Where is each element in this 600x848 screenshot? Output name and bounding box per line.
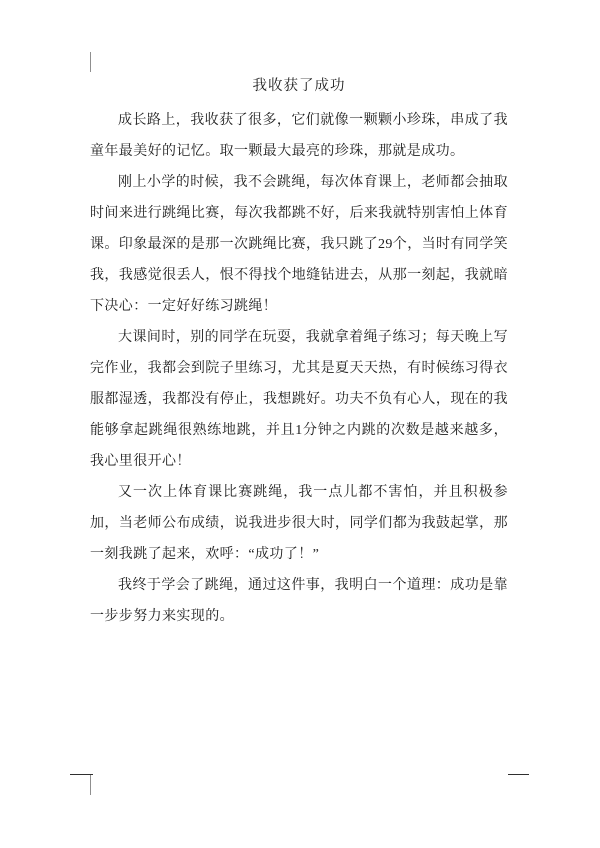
essay-paragraph: 我终于学会了跳绳，通过这件事，我明白一个道理：成功是靠一步步努力来实现的。 [90,570,508,632]
text-boundary-mark-bottom-right [508,774,529,775]
essay-paragraph: 大课间时，别的同学在玩耍，我就拿着绳子练习；每天晚上写完作业，我都会到院子里练习… [90,322,508,477]
document-page: 我收获了成功 成长路上，我收获了很多，它们就像一颗颗小珍珠，串成了我童年最美好的… [0,0,600,848]
text-boundary-mark-bottom-left-vertical [90,775,91,795]
essay-paragraph: 成长路上，我收获了很多，它们就像一颗颗小珍珠，串成了我童年最美好的记忆。取一颗最… [90,105,508,167]
text-boundary-mark-top-left [90,52,91,72]
text-area: 我收获了成功 成长路上，我收获了很多，它们就像一颗颗小珍珠，串成了我童年最美好的… [90,71,508,632]
essay-title: 我收获了成功 [90,71,508,102]
essay-paragraph: 又一次上体育课比赛跳绳，我一点儿都不害怕，并且积极参加，当老师公布成绩，说我进步… [90,477,508,570]
essay-paragraph: 刚上小学的时候，我不会跳绳，每次体育课上，老师都会抽取时间来进行跳绳比赛，每次我… [90,167,508,322]
